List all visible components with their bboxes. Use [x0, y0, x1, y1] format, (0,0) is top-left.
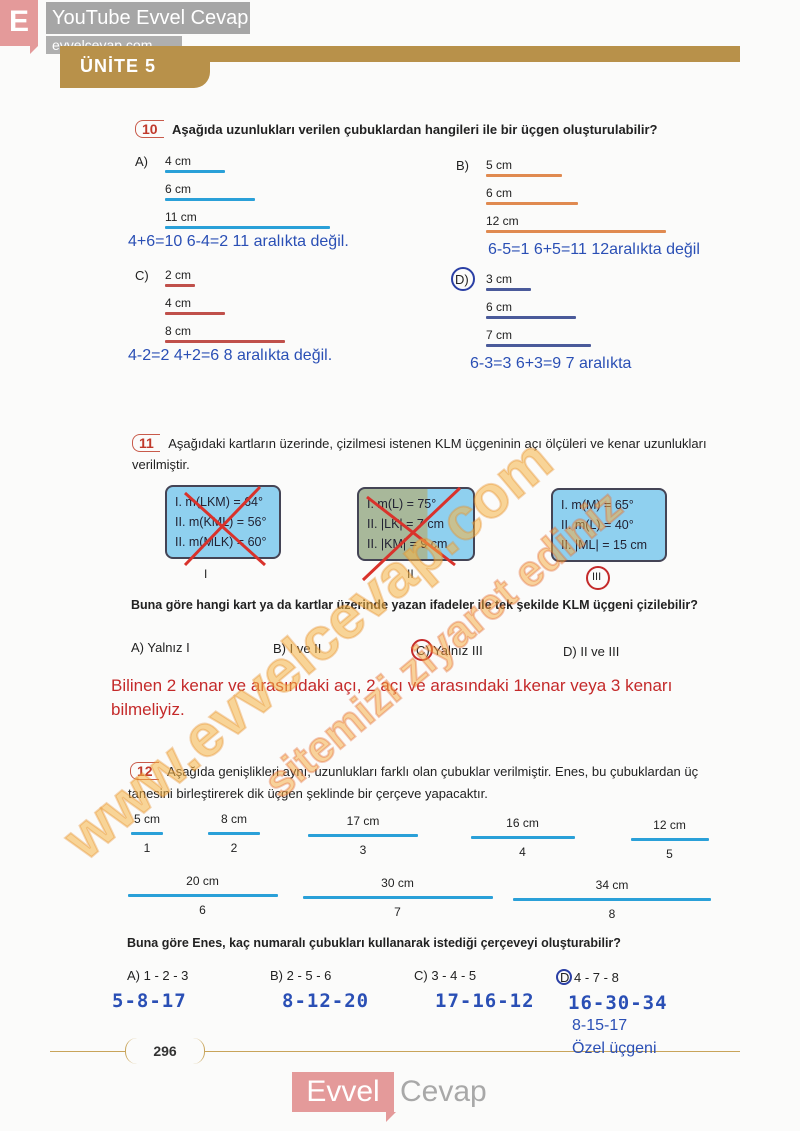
q10-a-stick-3-label: 11 cm [165, 210, 197, 224]
q10-option-d-label: D) [455, 272, 469, 287]
q10-a-stick-3 [165, 226, 330, 229]
q12-handwritten-a: 5-8-17 [112, 990, 187, 1012]
q10-d-stick-2 [486, 316, 576, 319]
q11-header: 11 Aşağıdaki kartların üzerinde, çizilme… [132, 434, 732, 453]
youtube-channel-label: YouTube Evvel Cevap [46, 2, 250, 34]
q12-answer-b: B) 2 - 5 - 6 [270, 968, 331, 983]
stick-2-length: 8 cm [204, 812, 264, 826]
q12-answer-a: A) 1 - 2 - 3 [127, 968, 188, 983]
q12-stick-7: 30 cm 7 [300, 876, 495, 919]
card-2-line-3: II. |KM| = 9 cm [367, 534, 465, 554]
q12-header: 12 Aşağıda genişlikleri aynı, uzunluklar… [130, 762, 730, 781]
stick-3-index: 3 [298, 843, 428, 857]
q10-b-note: 6-5=1 6+5=11 12aralıkta değil [488, 241, 700, 259]
q12-note-line1: 8-15-17 [572, 1017, 627, 1035]
stick-2-bar [208, 832, 260, 835]
q10-a-note: 4+6=10 6-4=2 11 aralıkta değil. [128, 233, 349, 251]
stick-4-bar [471, 836, 575, 839]
q10-a-stick-2-label: 6 cm [165, 182, 191, 196]
q11-answer-c: C) Yalnız III [416, 643, 483, 658]
q10-question: Aşağıda uzunlukları verilen çubuklardan … [172, 122, 657, 137]
stick-4-index: 4 [460, 845, 585, 859]
stick-2-index: 2 [204, 841, 264, 855]
q10-c-stick-3 [165, 340, 285, 343]
stick-1-bar [131, 832, 163, 835]
q12-stick-8: 34 cm 8 [512, 878, 712, 921]
q12-answer-d-letter: D [560, 970, 569, 985]
card-3-line-1: I. m(M) = 65° [561, 495, 657, 515]
q10-b-stick-2-label: 6 cm [486, 186, 512, 200]
q10-header: 10 Aşağıda uzunlukları verilen çubuklard… [135, 120, 657, 139]
stick-1-index: 1 [127, 841, 167, 855]
card-2-line-1: I. m(L) = 75° [367, 494, 465, 514]
q10-option-c-label: C) [135, 268, 149, 283]
q12-answer-d: 4 - 7 - 8 [574, 970, 619, 985]
q12-handwritten-b: 8-12-20 [282, 990, 369, 1012]
q12-number: 12 [130, 762, 159, 780]
q11-note-line1: Bilinen 2 kenar ve arasındaki açı, 2 açı… [111, 674, 672, 698]
q10-c-stick-1 [165, 284, 195, 287]
q10-d-stick-1 [486, 288, 531, 291]
card-3-label: III [592, 571, 601, 583]
stick-3-length: 17 cm [298, 814, 428, 828]
q11-prompt: Buna göre hangi kart ya da kartlar üzeri… [131, 598, 698, 612]
stick-8-bar [513, 898, 711, 901]
stick-6-length: 20 cm [125, 874, 280, 888]
q10-c-stick-2-label: 4 cm [165, 296, 191, 310]
stick-8-length: 34 cm [512, 878, 712, 892]
q12-answer-c: C) 3 - 4 - 5 [414, 968, 476, 983]
q12-handwritten-d: 16-30-34 [568, 992, 668, 1014]
q11-number: 11 [132, 434, 160, 452]
card-2-label: II [407, 567, 414, 581]
q11-answer-a: A) Yalnız I [131, 640, 190, 655]
q10-d-stick-2-label: 6 cm [486, 300, 512, 314]
q11-question-line2: verilmiştir. [132, 457, 190, 472]
q10-d-stick-1-label: 3 cm [486, 272, 512, 286]
page-number: 296 [125, 1038, 205, 1064]
q10-d-stick-3 [486, 344, 591, 347]
q10-c-note: 4-2=2 4+2=6 8 aralıkta değil. [128, 347, 332, 365]
unit-banner-bar [180, 46, 740, 62]
stick-8-index: 8 [512, 907, 712, 921]
stick-7-length: 30 cm [300, 876, 495, 890]
q10-a-stick-1 [165, 170, 225, 173]
stick-4-length: 16 cm [460, 816, 585, 830]
footer-logo-cevap: Cevap [400, 1072, 487, 1112]
q11-answer-b: B) I ve II [273, 641, 321, 656]
q12-handwritten-c: 17-16-12 [435, 990, 535, 1012]
q10-b-stick-2 [486, 202, 578, 205]
q10-c-stick-3-label: 8 cm [165, 324, 191, 338]
q12-stick-6: 20 cm 6 [125, 874, 280, 917]
stick-1-length: 5 cm [127, 812, 167, 826]
card-1-line-3: II. m(MLK) = 60° [175, 532, 271, 552]
q10-a-stick-1-label: 4 cm [165, 154, 191, 168]
q12-stick-4: 16 cm 4 [460, 816, 585, 859]
q12-stick-1: 5 cm 1 [127, 812, 167, 855]
q10-option-a-label: A) [135, 154, 148, 169]
q10-b-stick-3-label: 12 cm [486, 214, 519, 228]
stick-3-bar [308, 834, 418, 837]
q12-stick-2: 8 cm 2 [204, 812, 264, 855]
stick-7-index: 7 [300, 905, 495, 919]
q11-card-1: I. m(LKM) = 64° II. m(KML) = 56° II. m(M… [165, 485, 281, 559]
q10-option-b-label: B) [456, 158, 469, 173]
q10-c-stick-2 [165, 312, 225, 315]
evvel-logo-badge: E [0, 0, 38, 46]
footer-logo-evvel: Evvel [292, 1072, 394, 1112]
card-2-line-2: II. |LK| = 7 cm [367, 514, 465, 534]
q10-b-stick-1-label: 5 cm [486, 158, 512, 172]
stick-7-bar [303, 896, 493, 899]
q10-b-stick-1 [486, 174, 562, 177]
q11-question-line1: Aşağıdaki kartların üzerinde, çizilmesi … [168, 436, 706, 451]
stick-6-index: 6 [125, 903, 280, 917]
card-1-line-2: II. m(KML) = 56° [175, 512, 271, 532]
q10-d-note: 6-3=3 6+3=9 7 aralıkta [470, 355, 631, 373]
q10-c-stick-1-label: 2 cm [165, 268, 191, 282]
stick-5-length: 12 cm [622, 818, 717, 832]
stick-5-index: 5 [622, 847, 717, 861]
unit-title: ÜNİTE 5 [80, 56, 156, 77]
card-1-line-1: I. m(LKM) = 64° [175, 492, 271, 512]
q11-note-line2: bilmeliyiz. [111, 698, 185, 722]
q12-note-line2: Özel üçgeni [572, 1040, 657, 1058]
q10-d-stick-3-label: 7 cm [486, 328, 512, 342]
q11-card-2: I. m(L) = 75° II. |LK| = 7 cm II. |KM| =… [357, 487, 475, 561]
q12-stick-3: 17 cm 3 [298, 814, 428, 857]
q12-prompt: Buna göre Enes, kaç numaralı çubukları k… [127, 936, 621, 950]
q10-a-stick-2 [165, 198, 255, 201]
card-1-label: I [204, 567, 207, 581]
q10-number: 10 [135, 120, 164, 138]
card-3-line-3: II. |ML| = 15 cm [561, 535, 657, 555]
q12-question-line1: Aşağıda genişlikleri aynı, uzunlukları f… [167, 764, 698, 779]
q12-stick-5: 12 cm 5 [622, 818, 717, 861]
stick-6-bar [128, 894, 278, 897]
q10-b-stick-3 [486, 230, 666, 233]
stick-5-bar [631, 838, 709, 841]
card-3-line-2: II. m(L) = 40° [561, 515, 657, 535]
q11-card-3: I. m(M) = 65° II. m(L) = 40° II. |ML| = … [551, 488, 667, 562]
q11-answer-d: D) II ve III [563, 644, 619, 659]
q12-question-line2: tanesini birleştirerek dik üçgen şeklind… [128, 786, 488, 801]
